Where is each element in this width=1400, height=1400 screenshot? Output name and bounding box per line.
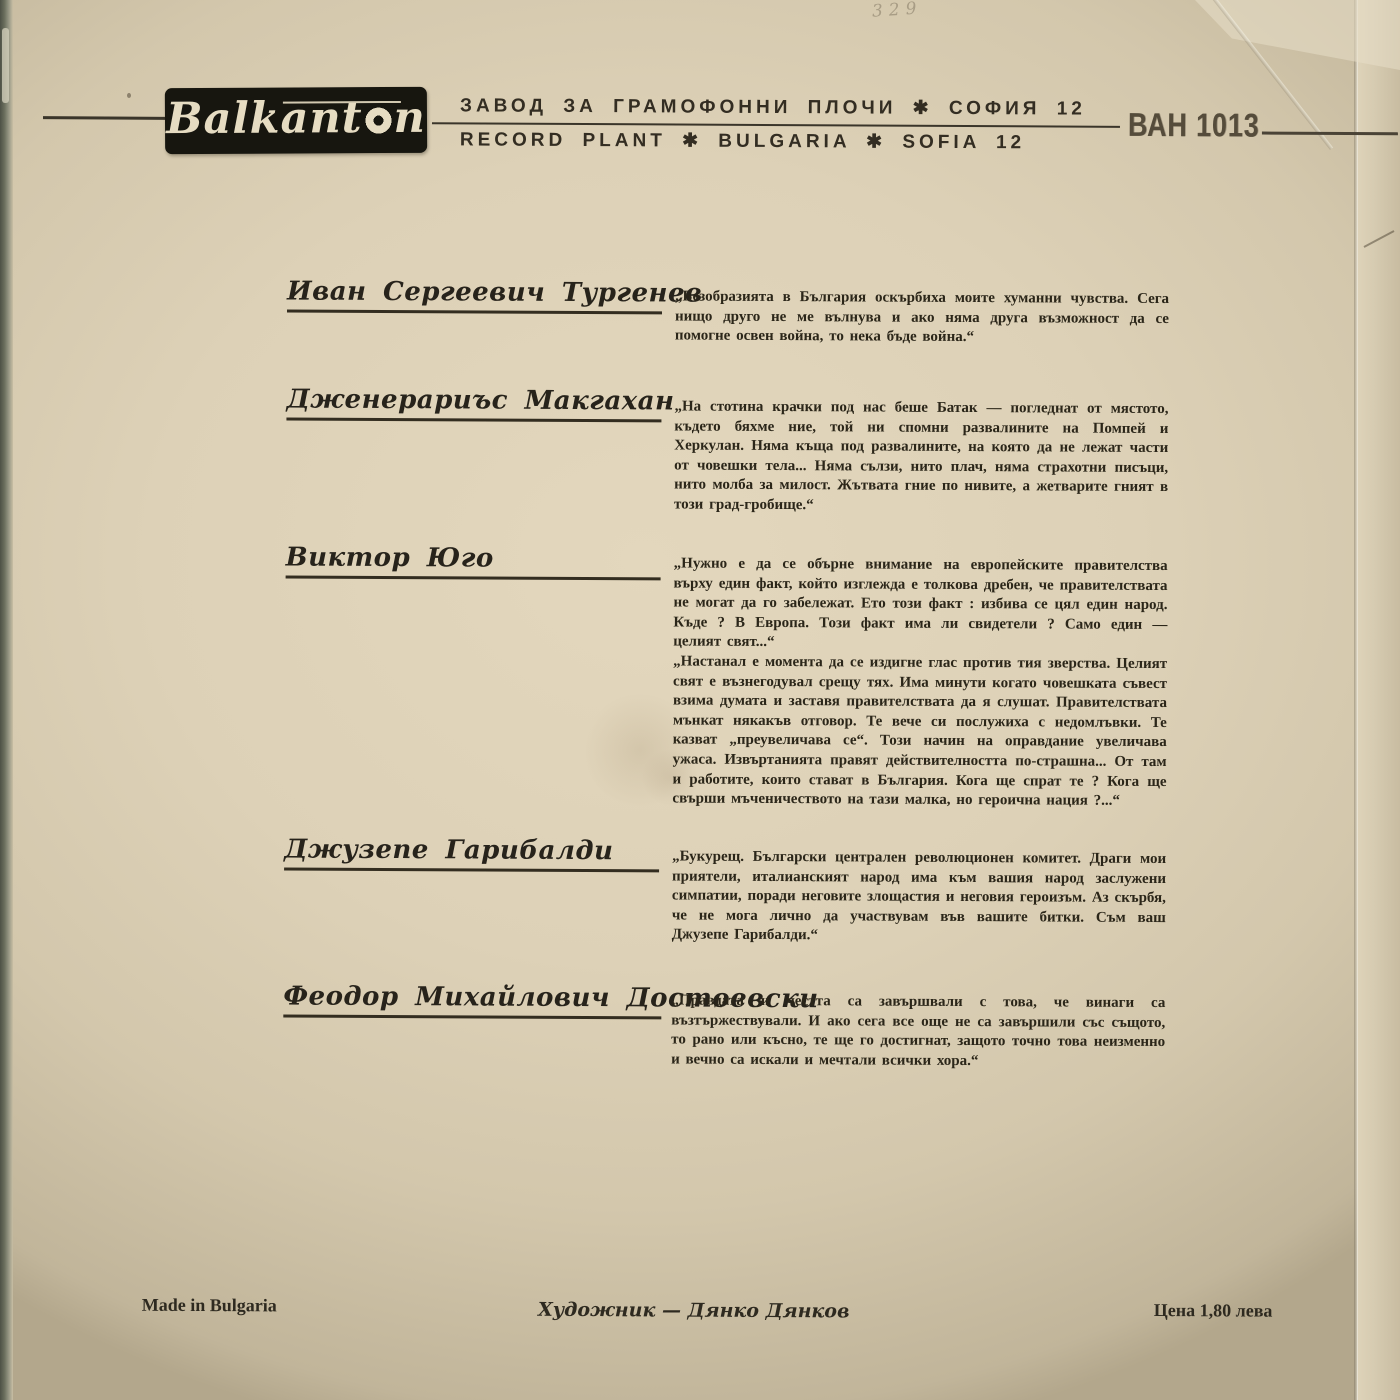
author-underline xyxy=(286,575,661,580)
record-disc-icon xyxy=(363,105,392,134)
header-rule-left xyxy=(43,116,165,120)
balkanton-logo: Balkantn xyxy=(165,87,427,154)
quote-paragraph: „Правдата и честта са завършвали с това,… xyxy=(671,991,1165,1072)
quote-dostoevsky: „Правдата и честта са завършвали с това,… xyxy=(671,991,1165,1072)
author-underline xyxy=(286,417,661,422)
author-underline xyxy=(284,867,659,872)
header-divider-rule xyxy=(432,122,1120,128)
price-label: Цена 1,80 лева xyxy=(1154,1300,1273,1322)
header-plant-line-bulgarian: ЗАВОД ЗА ГРАМОФОННИ ПЛОЧИ ✱ СОФИЯ 12 xyxy=(460,94,1070,120)
logo-text-pre: Balkant xyxy=(166,93,363,144)
author-name-garibaldi: Джузепе Гарибалди xyxy=(284,834,684,866)
quote-garibaldi: „Букурещ. Български централен революцион… xyxy=(672,847,1167,948)
catalog-number: ВАН 1013 xyxy=(1128,106,1251,145)
quote-paragraph: „Нужно е да се обърне внимание на европе… xyxy=(673,554,1168,655)
quote-turgenev: „Безобразията в България оскърбиха моите… xyxy=(675,287,1169,348)
quote-macgahan: „На стотина крачки под нас беше Батак — … xyxy=(674,397,1169,517)
author-name-macgahan: Дженерариъс Макгахан xyxy=(286,384,686,416)
author-name-hugo: Виктор Юго xyxy=(286,542,686,574)
printed-content: Balkantn ЗАВОД ЗА ГРАМОФОННИ ПЛОЧИ ✱ СОФ… xyxy=(0,0,1400,1400)
header-plant-line-english: RECORD PLANT ✱ BULGARIA ✱ SOFIA 12 xyxy=(460,128,1070,154)
quote-paragraph: „На стотина крачки под нас беше Батак — … xyxy=(674,397,1169,517)
logo-text-post: n xyxy=(393,92,426,142)
header-rule-right xyxy=(1262,132,1398,136)
quote-paragraph: „Букурещ. Български централен революцион… xyxy=(672,847,1167,948)
author-name-dostoevsky: Феодор Михайлович Достоевски xyxy=(283,981,683,1013)
author-name-turgenev: Иван Сергеевич Тургенев xyxy=(287,276,687,308)
quote-paragraph: „Безобразията в България оскърбиха моите… xyxy=(675,287,1169,348)
record-sleeve-back-cover: 329 Balkantn ЗАВОД ЗА ГРАМОФОННИ ПЛОЧИ ✱… xyxy=(0,0,1400,1400)
author-underline xyxy=(287,309,662,314)
author-underline xyxy=(283,1014,661,1019)
quote-hugo: „Нужно е да се обърне внимание на европе… xyxy=(672,554,1167,811)
quote-paragraph: „Настанал е момента да се издигне глас п… xyxy=(672,652,1167,811)
